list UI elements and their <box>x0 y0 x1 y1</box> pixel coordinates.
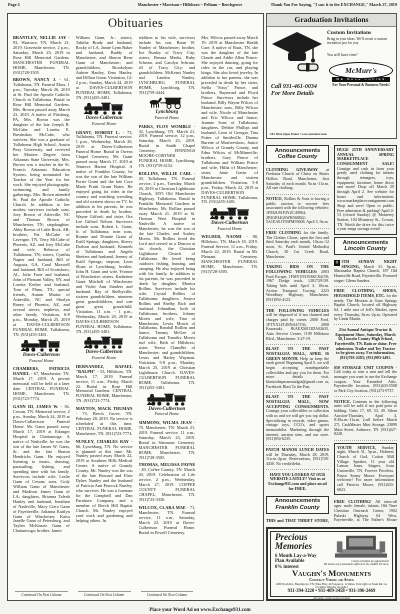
daves-culbertson-funeral-home-logo: Daves-CulbertsonFuneral Home <box>13 339 70 363</box>
announcement-lead: HUGE 25TH ANNIVERSARY ANNUAL SPRING MARK… <box>337 147 394 166</box>
obituary-entry: PARKS, FLOY WOMBLE - 92, Lynchburg, TN. … <box>139 124 196 169</box>
announcements-header: AnnouncementsCoffee County <box>266 145 329 163</box>
funeral-home-subtitle: Funeral Home <box>76 356 133 361</box>
obituary-entry: BROWN, NANCY J. - 61, Tullahoma, TN. Fun… <box>13 77 70 336</box>
steam-train-icon <box>146 393 188 406</box>
announcement-item: FREE CLOTHING, SHOES, HOUSEHOLD ITEMS, E… <box>334 287 397 326</box>
announcement-item: HUGE 25TH ANNIVERSARY ANNUAL SPRING MARK… <box>334 145 397 235</box>
page-header: Page 2 Manchester • Morrison • Hillsboro… <box>0 2 400 11</box>
header-towns: Manchester • Morrison • Hillsboro ~ Pelh… <box>90 2 290 7</box>
obituary-name: WILCOX, CLARA MAE <box>139 505 188 510</box>
obituary-column: addition to his wife, survivors include … <box>139 35 196 597</box>
announcement-lead: NOTICE, <box>266 196 284 201</box>
obituary-entry: GRANT, ROBERT L. - 73, Tullahoma, TN. Fu… <box>76 130 133 334</box>
ad-script-title: Precious Memories <box>275 533 312 550</box>
announcements-header: AnnouncementsLincoln County <box>334 237 397 255</box>
obituary-name: GANN III, JAMES W. <box>13 404 61 409</box>
announcement-item: THE FOLLOWING VEHICLES will be disposed … <box>266 306 329 345</box>
funeral-home-subtitle: Funeral Home <box>139 412 196 417</box>
announcement-lead: HAVE YOU LOOKED AT OUR WEBSITE LATELY? <box>270 472 325 482</box>
obituaries-title: Obituaries <box>8 17 263 30</box>
steam-train-icon <box>83 102 125 115</box>
daves-culbertson-funeral-home-logo: Daves-CulbertsonFuneral Home <box>76 336 133 360</box>
steam-train-icon <box>209 207 251 220</box>
daves-culbertson-funeral-home-logo: Daves-CulbertsonFuneral Home <box>139 393 196 417</box>
announcement-lead: CLOTHING GIVEAWAY <box>266 167 326 172</box>
announcements-column: HUGE 25TH ANNIVERSARY ANNUAL SPRING MARK… <box>334 143 397 523</box>
obituary-entry: SIMMONS, WILMA JEAN - 79, Manchester, TN… <box>139 420 196 460</box>
announcement-lead: FREE CLOTHING <box>266 230 303 235</box>
announcements-header-line1: Announcements <box>267 498 328 504</box>
ad-address: 101 West Ogee Street • www.mcmurr.com <box>270 132 393 136</box>
announcement-lead: PATCH MANOR LUNCH DATES <box>266 447 329 452</box>
obituary-name: BRANTLEY, NELLIE JAY <box>13 35 68 40</box>
obituary-entry: HERNANDEZ, RAFAEL "RALPH" - 53, Hillsbor… <box>76 364 133 404</box>
steam-train-icon <box>83 336 125 349</box>
continued-note: Continued On Next Column <box>78 591 131 597</box>
announcements-header-line1: Announcements <box>267 148 328 154</box>
announcement-item: HAVE YOU LOOKED AT OUR WEBSITE LATELY? V… <box>266 470 329 494</box>
daves-culbertson-funeral-home-logo: Daves-CulbertsonFuneral Home <box>201 207 258 231</box>
announcements-header-line2: Lincoln County <box>335 246 396 252</box>
obituary-column: BRANTLEY, NELLIE JAY - 93, Wartrace, TN,… <box>13 35 70 597</box>
graduation-cap-icon <box>269 29 325 81</box>
obituaries-columns: BRANTLEY, NELLIE JAY - 93, Wartrace, TN,… <box>13 35 258 597</box>
page-footer: Place your Word Ad on www.Exchange931.co… <box>0 608 400 613</box>
continued-note: Continued On Next Column <box>15 591 68 597</box>
announcements-header-line2: Coffee County <box>267 154 328 160</box>
announcement-lead: 5TH SUNDAY NIGHT SINGING, <box>342 259 398 269</box>
obituary-entry: CHAMBERS, PATRICIA DANIEL - 67, Manchest… <box>13 366 70 401</box>
announcement-item: PATCH MANOR LUNCH DATES will be Thursday… <box>266 446 329 471</box>
announcement-item: TAKING BIDS ON THE FOLLOWING VEHICLES: 2… <box>266 263 329 306</box>
announcement-item: THIS and THAT THRIFT STORE, 204 North Po… <box>266 516 329 523</box>
vaughns-monuments-ad: Precious Memories 6 Month Lay-a-Way Plan… <box>266 527 397 601</box>
announcement-item: YOUTH SERVICE, Sunday night, March 31, 5… <box>334 443 397 496</box>
header-slogan-date: Thank You For Saying, "I saw it in the E… <box>271 2 397 7</box>
obituary-column: William Gann, Jr.; sisters, Tabitha Brad… <box>76 35 133 597</box>
announcement-item: BLAST TO THE PAST NOSTALGIA MALL, NOW AC… <box>266 393 329 446</box>
announcement-lead: TAKING BIDS ON THE FOLLOWING VEHICLES: <box>266 264 329 274</box>
announcement-lead: YOUTH SERVICE, <box>337 445 382 450</box>
ad-body-text: Bring in your ideas. We'll create a cust… <box>327 37 393 46</box>
announcement-lead: FREE CLOTHING, SHOES, HOUSEHOLD ITEMS, E… <box>334 288 397 298</box>
horse-carriage-icon <box>147 97 187 109</box>
obituary-entry: GANN III, JAMES W. - 36, Cowan, TN. Memo… <box>13 404 70 534</box>
ad-phones: 931-394-3220 • 931-409-3458 • 931-396-24… <box>268 590 395 595</box>
obituary-name: WELDER, NAOMI <box>201 234 246 239</box>
obituary-name: PARKS, FLOY WOMBLE <box>139 124 194 129</box>
continued-note: Continued On Next Column <box>141 591 194 597</box>
monument-icon <box>333 533 389 559</box>
announcement-item: FREE CLOTHING! All sizes-all ages: male,… <box>334 497 397 523</box>
announcement-lead: BLAST TO THE PAST NOSTALGIA MALL, NOW AC… <box>266 394 329 408</box>
announcement-lead: NOTICE. <box>334 399 353 404</box>
obituaries-section: Obituaries BRANTLEY, NELLIE JAY - 93, Wa… <box>7 13 264 601</box>
note-line2: We honor any promotions offered in the m… <box>317 563 389 566</box>
obituary-continued-text: Mrs. Wilcox passed away March 19, 2019 a… <box>201 35 258 204</box>
announcement-item: BLAST TO THE PAST NOSTALGIA MALL, APRIL … <box>266 345 329 393</box>
obituary-entry: MAYTON, MACK TRUMAN - 73, Beech Grove, T… <box>76 406 133 436</box>
obituary-name: ROLLINS, WILLIE CARL <box>139 171 194 176</box>
daves-culbertson-funeral-home-logo: Daves-CulbertsonFuneral Home <box>76 102 133 126</box>
announcement-lead: 21st Annual Antique Tractor & Equipment … <box>335 327 392 337</box>
announcement-lead: THE FOLLOWING VEHICLES <box>266 308 329 313</box>
obituary-name: BROWN, NANCY J. <box>13 77 60 82</box>
mcmurrs-tagline: For Your Personal & Business Needs! <box>329 83 393 87</box>
obituary-continued-text: William Gann, Jr.; sisters, Tabitha Brad… <box>76 35 133 100</box>
ad-phone: Call 931-461-0034 For More Details <box>271 84 317 98</box>
obituary-continued-text: addition to his wife, survivors include … <box>139 35 196 95</box>
ad-credit-note: All major credit cards accepted <box>268 596 395 600</box>
mcmurrs-logo-name: McMurr's <box>329 62 393 79</box>
ad-phone-line2: For More Details <box>271 91 317 98</box>
mcmurrs-logo: McMurr's WE MAKE COPIES For Your Persona… <box>329 62 393 87</box>
obituary-name: GRANT, ROBERT L. <box>76 130 123 135</box>
announcement-item: CLOTHING GIVEAWAY at Fredonia Church of … <box>266 165 329 194</box>
obituary-name: THOMAS, MELISSA PAYNE <box>139 462 196 467</box>
funeral-home-subtitle: Funeral Home <box>139 116 196 121</box>
obituary-entry: BRANTLEY, NELLIE JAY - 93, Wartrace, TN,… <box>13 35 70 75</box>
announcement-item: NOTICE, Rollins & Sons is having a publi… <box>266 195 329 229</box>
steam-train-icon <box>20 339 62 352</box>
page-number: Page 2 <box>8 2 20 7</box>
announcements-header-line2: Franklin County <box>267 505 328 511</box>
announcement-lead: $50 STORAGE UNIT COUPON <box>334 365 396 370</box>
ad-headline: Graduation Invitations <box>267 14 396 27</box>
announcement-item: NOTICE. Contents in the following units … <box>334 397 397 440</box>
obituary-name: HERNANDEZ, RAFAEL "RALPH" <box>76 364 133 374</box>
announcement-lead: FREE CLOTHING! <box>334 499 375 504</box>
announcements-area: AnnouncementsCoffee CountyCLOTHING GIVEA… <box>266 143 397 523</box>
obituary-name: SIMMONS, WILMA JEAN <box>139 420 194 425</box>
ad-urgency-note: You still have time! <box>327 52 393 57</box>
announcement-lead: THIS and THAT THRIFT STORE, <box>266 518 329 523</box>
ad-notes: Call to schedule an appointment We honor… <box>317 560 389 567</box>
right-rail: Graduation Invitations Custom Invitation… <box>266 13 397 601</box>
announcement-item: ✝5TH SUNDAY NIGHT SINGING, March 31, 6p.… <box>334 257 397 286</box>
funeral-home-subtitle: Funeral Home <box>201 227 258 232</box>
funeral-home-subtitle: Funeral Home <box>13 359 70 364</box>
obituary-entry: WILCOX, CLARA MAE - 71, Manchester, TN. … <box>139 505 196 535</box>
announcement-item: $50 STORAGE UNIT COUPON - Call today to … <box>334 363 397 397</box>
obituary-name: CHAMBERS, PATRICIA DANIEL <box>13 366 70 376</box>
obituary-entry: NUNLEY, CHARLES RAY - 66, Lynchburg, TN.… <box>76 439 133 524</box>
obituary-name: NUNLEY, CHARLES RAY <box>76 439 131 444</box>
obituary-entry: ROLLINS, WILLIE CARL - 49, Tullahoma, TN… <box>139 171 196 390</box>
lynchburg-funeral-home-logo: LynchburgFuneral Home <box>139 97 196 120</box>
ad-subheadline: Custom Invitations <box>327 30 393 36</box>
announcement-lead: BLAST TO THE PAST NOSTALGIA MALL, APRIL … <box>266 346 329 360</box>
cross-icon: ✝ <box>334 260 340 266</box>
obituary-column: Mrs. Wilcox passed away March 19, 2019 a… <box>201 35 258 597</box>
obituary-entry: WELDER, NAOMI - 88, Hillsboro, TN. March… <box>201 234 258 274</box>
obituary-entry: THOMAS, MELISSA PAYNE - 49, Coffee Count… <box>139 462 196 502</box>
obituary-name: MAYTON, MACK TRUMAN <box>76 406 133 411</box>
mcmurrs-graduation-ad: Graduation Invitations Custom Invitation… <box>266 13 397 139</box>
ad-phone-line1: Call 931-461-0034 <box>271 84 317 91</box>
announcements-header: AnnouncementsFranklin County <box>266 496 329 514</box>
announcement-item: 21st Annual Antique Tractor & Equipment … <box>334 325 397 363</box>
announcements-column: AnnouncementsCoffee CountyCLOTHING GIVEA… <box>266 143 329 523</box>
script-line2: Memories <box>275 542 312 551</box>
funeral-home-subtitle: Funeral Home <box>76 122 133 127</box>
announcement-item: FREE CLOTHING for the family. The Clothe… <box>266 229 329 263</box>
